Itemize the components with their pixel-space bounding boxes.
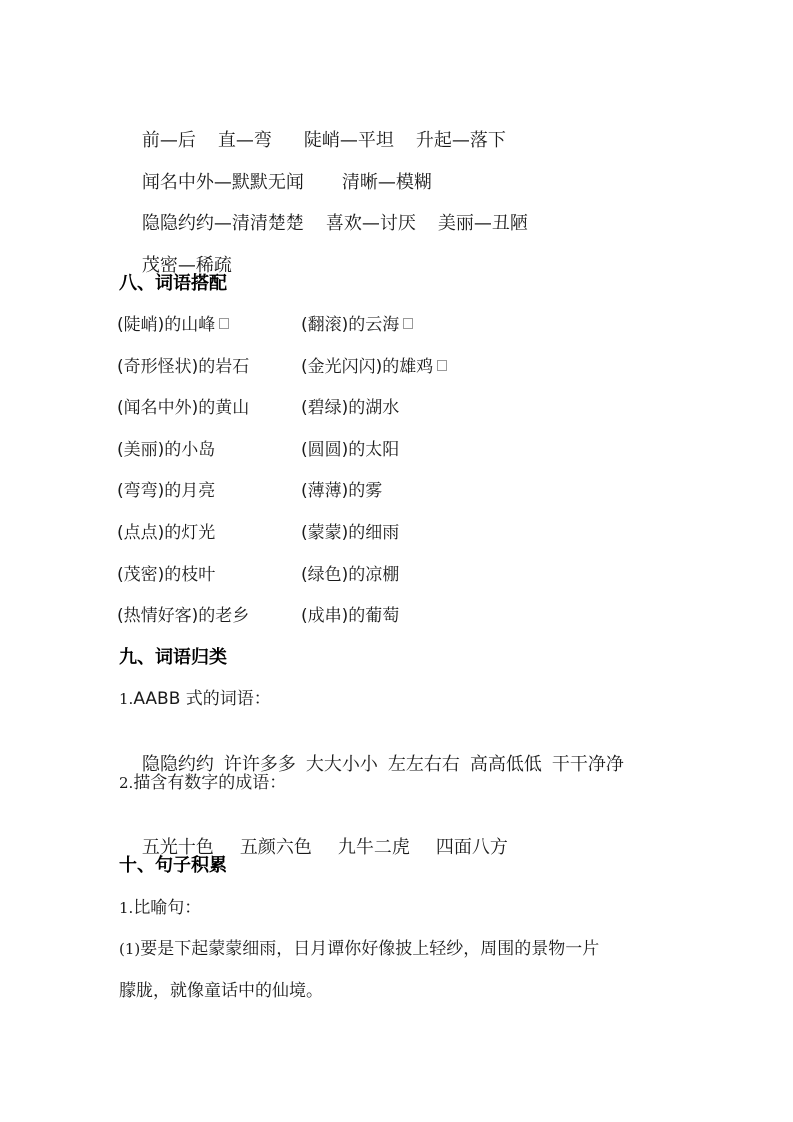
collocation-text: (碧绿)的湖水 <box>301 398 399 418</box>
collocation-left-6: (点点)的灯光 <box>117 521 215 545</box>
item-number: 1. <box>119 899 133 917</box>
collocation-right-1: (翻滚)的云海 <box>301 313 413 337</box>
antonym-pair: 美丽—丑陋 <box>438 212 528 236</box>
collocation-text: (圆圆)的太阳 <box>301 440 399 460</box>
collocation-left-8: (热情好客)的老乡 <box>117 604 249 628</box>
collocation-text: (奇形怪状)的岩石 <box>117 357 249 377</box>
document-page: 前—后直—弯陡峭—平坦升起—落下 闻名中外—默默无闻清晰—模糊 隐隐约约—清清楚… <box>0 0 793 1122</box>
collocation-right-4: (圆圆)的太阳 <box>301 438 399 462</box>
word: 大大小小 <box>306 753 378 777</box>
collocation-right-6: (蒙蒙)的细雨 <box>301 521 399 545</box>
item-number: 2. <box>119 774 133 792</box>
word: 干干净净 <box>552 753 624 777</box>
section-9-item-2-label: 2.描含有数字的成语： <box>119 771 286 795</box>
sentence-1-line-2: 朦胧，就像童话中的仙境。 <box>119 979 323 1003</box>
collocation-right-5: (薄薄)的雾 <box>301 479 382 503</box>
collocation-right-3: (碧绿)的湖水 <box>301 396 399 420</box>
collocation-text: (弯弯)的月亮 <box>117 481 215 501</box>
section-9-item-1-label: 1.AABB 式的词语： <box>119 687 271 711</box>
word: 高高低低 <box>470 753 542 777</box>
collocation-right-8: (成串)的葡萄 <box>301 604 399 628</box>
antonym-pair: 喜欢—讨厌 <box>326 212 416 236</box>
collocation-left-1: (陡峭)的山峰 <box>117 313 229 337</box>
collocation-right-7: (绿色)的凉棚 <box>301 563 399 587</box>
idiom: 九牛二虎 <box>338 836 410 860</box>
collocation-left-5: (弯弯)的月亮 <box>117 479 215 503</box>
section-8-heading: 八、词语搭配 <box>119 272 227 296</box>
collocation-text: (翻滚)的云海 <box>301 315 399 335</box>
collocation-text: (茂密)的枝叶 <box>117 565 215 585</box>
collocation-text: (薄薄)的雾 <box>301 481 382 501</box>
item-number: 1. <box>119 690 133 708</box>
sentence-text: 要是下起蒙蒙细雨，日月谭你好像披上轻纱，周围的景物一片 <box>140 939 599 959</box>
placeholder-box-icon <box>403 318 413 329</box>
item-label: 比喻句： <box>133 898 201 918</box>
placeholder-box-icon <box>437 360 447 371</box>
collocation-left-2: (奇形怪状)的岩石 <box>117 355 249 379</box>
word: 左左右右 <box>388 753 460 777</box>
collocation-left-4: (美丽)的小岛 <box>117 438 215 462</box>
collocation-left-7: (茂密)的枝叶 <box>117 563 215 587</box>
collocation-text: (闻名中外)的黄山 <box>117 398 249 418</box>
collocation-left-3: (闻名中外)的黄山 <box>117 396 249 420</box>
item-label: AABB 式的词语： <box>133 689 270 709</box>
section-10-heading: 十、句子积累 <box>119 854 227 878</box>
section-10-item-1-label: 1.比喻句： <box>119 896 201 920</box>
collocation-text: (绿色)的凉棚 <box>301 565 399 585</box>
collocation-text: (点点)的灯光 <box>117 523 215 543</box>
collocation-text: (金光闪闪)的雄鸡 <box>301 357 433 377</box>
item-label: 描含有数字的成语： <box>133 773 286 793</box>
collocation-text: (热情好客)的老乡 <box>117 606 249 626</box>
sentence-1-line-1: (1)要是下起蒙蒙细雨，日月谭你好像披上轻纱，周围的景物一片 <box>119 937 599 961</box>
idiom: 五颜六色 <box>240 836 312 860</box>
placeholder-box-icon <box>219 318 229 329</box>
idiom: 四面八方 <box>436 836 508 860</box>
collocation-text: (蒙蒙)的细雨 <box>301 523 399 543</box>
collocation-text: (美丽)的小岛 <box>117 440 215 460</box>
sentence-number: (1) <box>119 940 140 958</box>
section-9-heading: 九、词语归类 <box>119 646 227 670</box>
collocation-right-2: (金光闪闪)的雄鸡 <box>301 355 447 379</box>
collocation-text: (陡峭)的山峰 <box>117 315 215 335</box>
collocation-text: (成串)的葡萄 <box>301 606 399 626</box>
